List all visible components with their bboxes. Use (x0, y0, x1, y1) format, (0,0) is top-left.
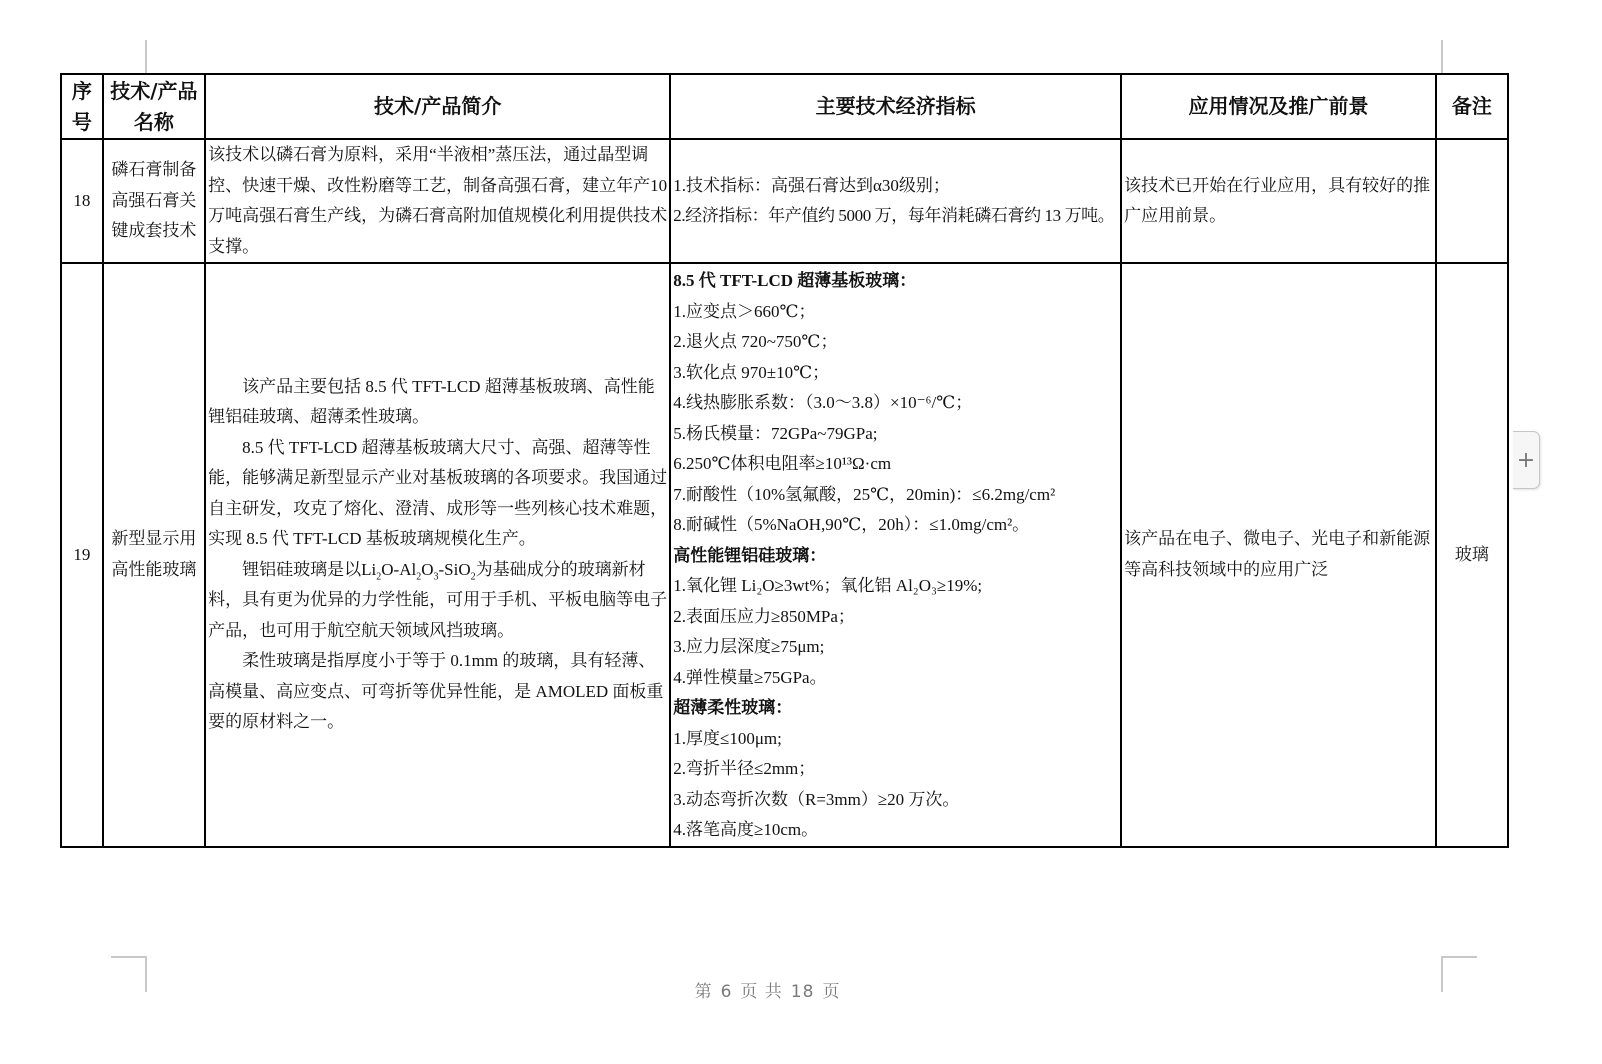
indicator-item: 1.应变点＞660℃； (673, 297, 1118, 328)
cell-intro: 该技术以磷石膏为原料，采用“半液相”蒸压法，通过晶型调控、快速干燥、改性粉磨等工… (205, 139, 670, 263)
cell-name-line: 新型显示用 (106, 524, 203, 555)
indicator-item: 2.经济指标：年产值约 5000 万，每年消耗磷石膏约 13 万吨。 (673, 201, 1118, 232)
header-notes: 备注 (1436, 74, 1508, 139)
header-name-line1: 技术/产品 (106, 76, 203, 107)
intro-paragraph: 柔性玻璃是指厚度小于等于 0.1mm 的玻璃，具有轻薄、高模量、高应变点、可弯折… (208, 646, 667, 738)
crop-mark-bottom-left-h (111, 956, 147, 958)
cell-notes (1436, 139, 1508, 263)
footer-total-pages: 18 (791, 982, 815, 1002)
indicator-item: 1.氧化锂 Li₂O≥3wt%；氧化铝 Al₂O₃≥19%; (673, 571, 1118, 602)
intro-paragraph: 该产品主要包括 8.5 代 TFT-LCD 超薄基板玻璃、高性能锂铝硅玻璃、超薄… (208, 372, 667, 433)
cell-name: 新型显示用 高性能玻璃 (103, 263, 206, 847)
crop-mark-top-left (145, 40, 147, 73)
chemical-formula: Li2O-Al2O3-SiO2 (361, 560, 475, 579)
indicator-item: 1.厚度≤100μm; (673, 724, 1118, 755)
header-name-line2: 名称 (106, 107, 203, 138)
table-row: 19 新型显示用 高性能玻璃 该产品主要包括 8.5 代 TFT-LCD 超薄基… (61, 263, 1508, 847)
crop-mark-top-right (1441, 40, 1443, 73)
indicator-item: 3.应力层深度≥75μm; (673, 632, 1118, 663)
expand-side-panel-button[interactable]: + (1513, 431, 1540, 489)
indicator-item: 3.软化点 970±10℃； (673, 358, 1118, 389)
indicator-item: 1.技术指标：高强石膏达到α30级别； (673, 171, 1118, 202)
header-indicators: 主要技术经济指标 (670, 74, 1121, 139)
footer-middle: 页 共 (740, 982, 782, 1002)
table-row: 18 磷石膏制备 高强石膏关 键成套技术 该技术以磷石膏为原料，采用“半液相”蒸… (61, 139, 1508, 263)
indicator-section-title: 高性能锂铝硅玻璃： (673, 541, 1118, 572)
cell-application: 该技术已开始在行业应用，具有较好的推广应用前景。 (1121, 139, 1436, 263)
indicator-item: 2.弯折半径≤2mm； (673, 754, 1118, 785)
intro-text: 锂铝硅玻璃是以 (242, 560, 361, 579)
indicator-item: 4.落笔高度≥10cm。 (673, 815, 1118, 846)
cell-name-line: 磷石膏制备 (106, 155, 203, 186)
indicator-item: 5.杨氏模量：72GPa~79GPa; (673, 419, 1118, 450)
cell-name: 磷石膏制备 高强石膏关 键成套技术 (103, 139, 206, 263)
indicator-item: 2.退火点 720~750℃； (673, 327, 1118, 358)
cell-name-line: 键成套技术 (106, 216, 203, 247)
crop-mark-bottom-right-h (1441, 956, 1477, 958)
footer-suffix: 页 (822, 982, 840, 1002)
indicator-section-title: 超薄柔性玻璃： (673, 693, 1118, 724)
plus-icon: + (1517, 448, 1535, 473)
cell-indicators: 1.技术指标：高强石膏达到α30级别； 2.经济指标：年产值约 5000 万，每… (670, 139, 1121, 263)
intro-paragraph: 8.5 代 TFT-LCD 超薄基板玻璃大尺寸、高强、超薄等性能，能够满足新型显… (208, 433, 667, 555)
header-name: 技术/产品 名称 (103, 74, 206, 139)
cell-name-line: 高强石膏关 (106, 186, 203, 217)
header-application: 应用情况及推广前景 (1121, 74, 1436, 139)
header-intro: 技术/产品简介 (205, 74, 670, 139)
cell-notes: 玻璃 (1436, 263, 1508, 847)
cell-indicators: 8.5 代 TFT-LCD 超薄基板玻璃： 1.应变点＞660℃； 2.退火点 … (670, 263, 1121, 847)
indicator-item: 4.弹性模量≥75GPa。 (673, 663, 1118, 694)
page-footer: 第6页 共18页 (0, 977, 1535, 1002)
cell-intro: 该产品主要包括 8.5 代 TFT-LCD 超薄基板玻璃、高性能锂铝硅玻璃、超薄… (205, 263, 670, 847)
indicator-item: 2.表面压应力≥850MPa； (673, 602, 1118, 633)
cell-seq: 19 (61, 263, 103, 847)
table-header-row: 序号 技术/产品 名称 技术/产品简介 主要技术经济指标 应用情况及推广前景 备… (61, 74, 1508, 139)
indicator-section-title: 8.5 代 TFT-LCD 超薄基板玻璃： (673, 266, 1118, 297)
technology-catalog-table: 序号 技术/产品 名称 技术/产品简介 主要技术经济指标 应用情况及推广前景 备… (60, 73, 1509, 848)
indicator-item: 6.250℃体积电阻率≥10¹³Ω·cm (673, 449, 1118, 480)
indicator-item: 8.耐碱性（5%NaOH,90℃，20h）：≤1.0mg/cm²。 (673, 510, 1118, 541)
intro-paragraph: 锂铝硅玻璃是以Li2O-Al2O3-SiO2为基础成分的玻璃新材料，具有更为优异… (208, 555, 667, 647)
footer-current-page: 6 (721, 982, 733, 1002)
cell-application: 该产品在电子、微电子、光电子和新能源等高科技领域中的应用广泛 (1121, 263, 1436, 847)
indicator-item: 7.耐酸性（10%氢氟酸，25℃，20min)：≤6.2mg/cm² (673, 480, 1118, 511)
footer-prefix: 第 (695, 982, 713, 1002)
indicator-item: 3.动态弯折次数（R=3mm）≥20 万次。 (673, 785, 1118, 816)
header-seq: 序号 (61, 74, 103, 139)
cell-seq: 18 (61, 139, 103, 263)
indicator-item: 4.线热膨胀系数：（3.0～3.8）×10⁻⁶/℃； (673, 388, 1118, 419)
cell-name-line: 高性能玻璃 (106, 555, 203, 586)
